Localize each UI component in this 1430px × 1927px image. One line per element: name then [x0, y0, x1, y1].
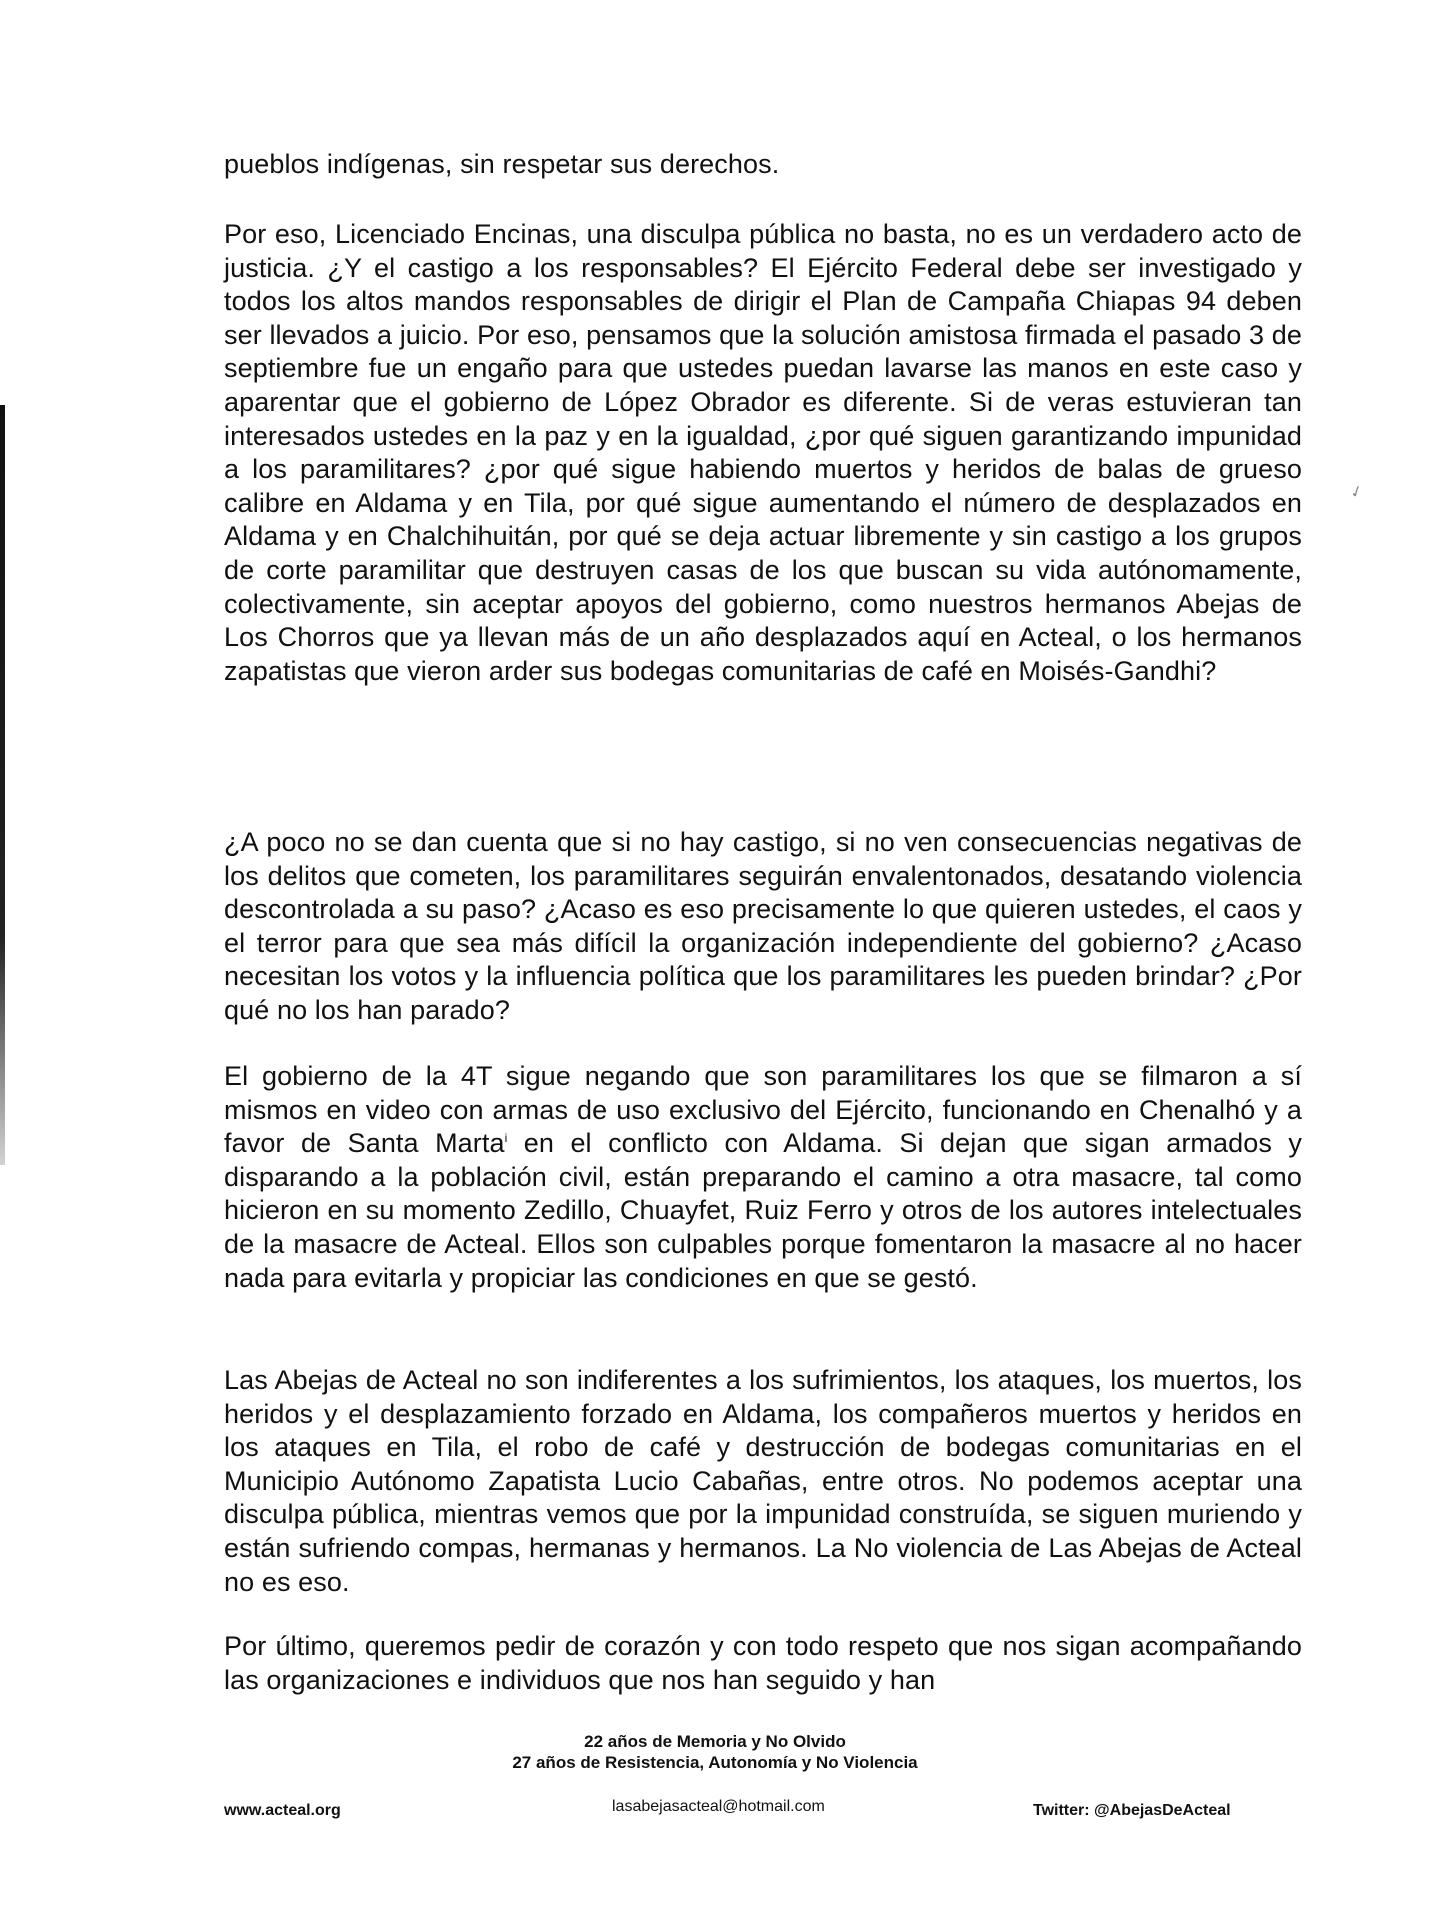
footer-motto-line1: 22 años de Memoria y No Olvido	[0, 1731, 1430, 1753]
footer-twitter-link[interactable]: Twitter: @AbejasDeActeal	[1033, 1802, 1231, 1820]
footer-website-link[interactable]: www.acteal.org	[224, 1802, 341, 1820]
footer-motto-line2: 27 años de Resistencia, Autonomía y No V…	[0, 1752, 1430, 1774]
scan-edge-line	[0, 405, 5, 1165]
paragraph-continuation: pueblos indígenas, sin respetar sus dere…	[224, 148, 1302, 182]
footer-email-link[interactable]: lasabejasacteal@hotmail.com	[612, 1798, 825, 1816]
paragraph-a-poco: ¿A poco no se dan cuenta que si no hay c…	[224, 826, 1302, 1028]
margin-check-mark: ✓	[1347, 480, 1366, 503]
paragraph-4t: El gobierno de la 4T sigue negando que s…	[224, 1060, 1302, 1295]
paragraph-por-ultimo: Por último, queremos pedir de corazón y …	[224, 1630, 1302, 1697]
paragraph-castigo: Por eso, Licenciado Encinas, una disculp…	[224, 218, 1302, 688]
paragraph-abejas: Las Abejas de Acteal no son indiferentes…	[224, 1364, 1302, 1599]
